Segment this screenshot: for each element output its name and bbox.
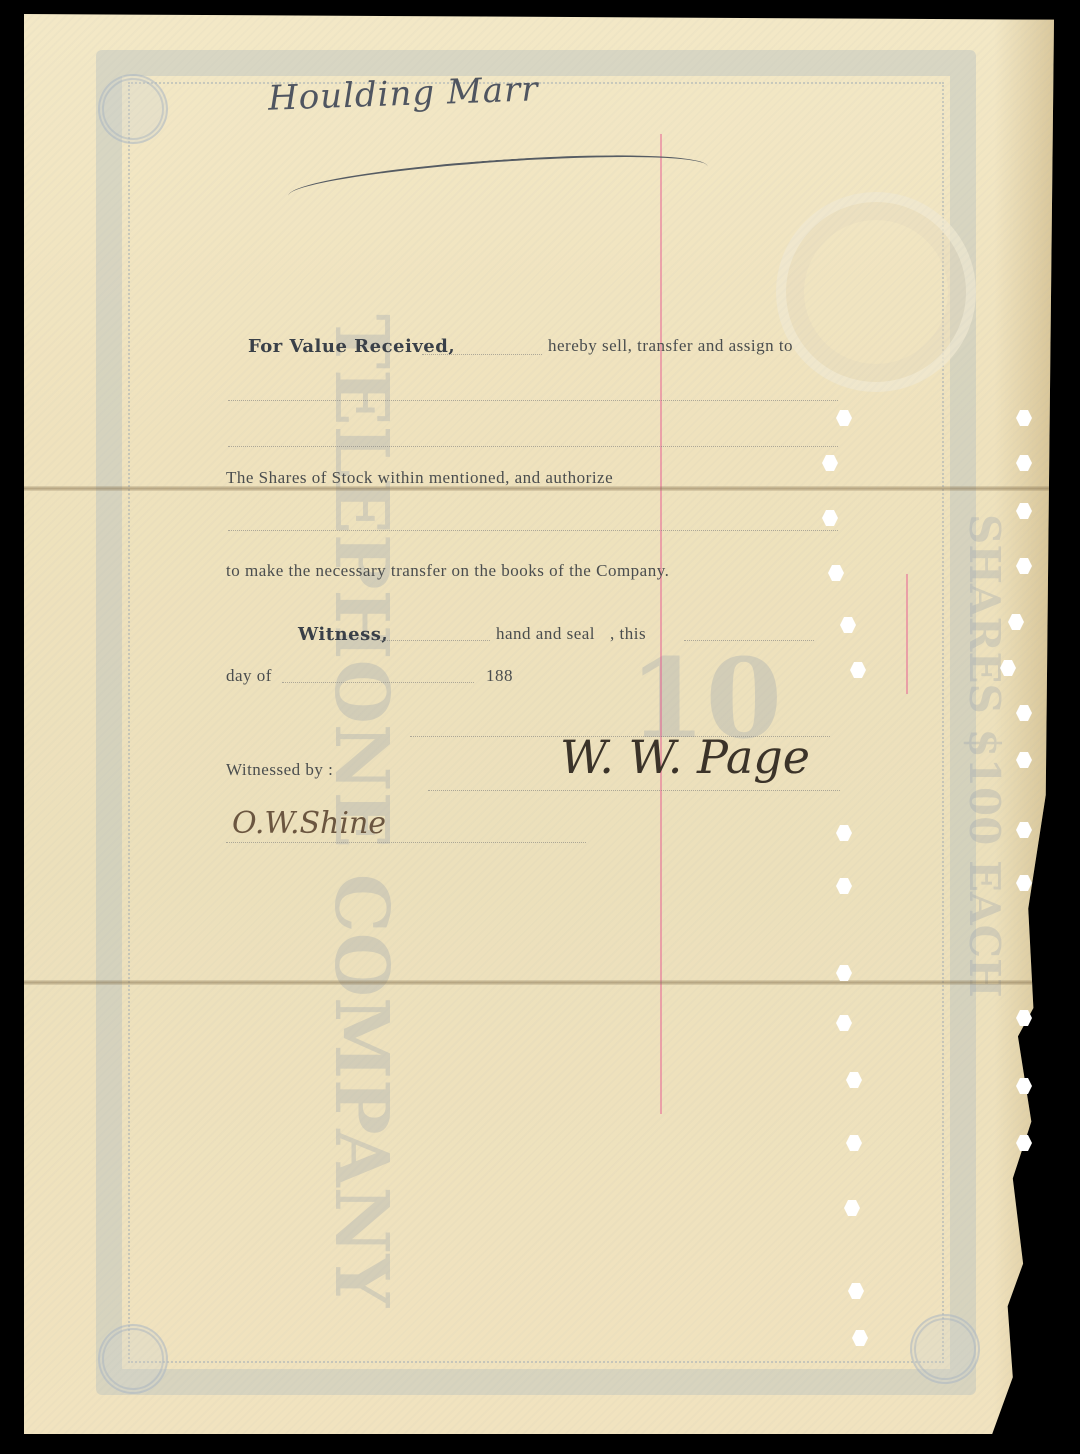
show-through-shares-text: SHARES $100 EACH — [960, 514, 1009, 998]
corner-rosette — [98, 1324, 168, 1394]
corner-rosette — [910, 1314, 980, 1384]
year-prefix: 188 — [486, 666, 513, 686]
shares-text: The Shares of Stock within mentioned, an… — [226, 468, 613, 488]
certificate-paper: TELEPHONE COMPANY SHARES $100 EACH 10 — [24, 14, 1054, 1434]
witnessed-by-label: Witnessed by : — [226, 760, 333, 780]
attorney-blank — [228, 530, 838, 531]
witness-signature-line — [226, 842, 586, 843]
assignee-blank-2 — [228, 446, 838, 447]
assignor-blank — [422, 354, 542, 355]
month-blank — [282, 682, 474, 683]
witness-label: Witness, — [298, 624, 388, 645]
day-blank — [684, 640, 814, 641]
assignor-signature: W. W. Page — [560, 730, 810, 784]
transfer-text: to make the necessary transfer on the bo… — [226, 561, 669, 581]
hand-and-seal: hand and seal — [496, 624, 595, 644]
pink-ruling-line — [660, 134, 662, 1114]
witness-signature: O.W.Shine — [232, 806, 386, 841]
assignor-signature-line — [428, 790, 840, 791]
day-of-label: day of — [226, 666, 272, 686]
pink-ruling-line — [906, 574, 908, 694]
corner-rosette — [98, 74, 168, 144]
witness-blank — [380, 640, 490, 641]
fold-crease — [24, 980, 1054, 985]
embossed-seal — [776, 192, 976, 392]
this-text: , this — [610, 624, 646, 644]
assignee-blank — [228, 400, 838, 401]
assign-text: hereby sell, transfer and assign to — [548, 336, 793, 356]
